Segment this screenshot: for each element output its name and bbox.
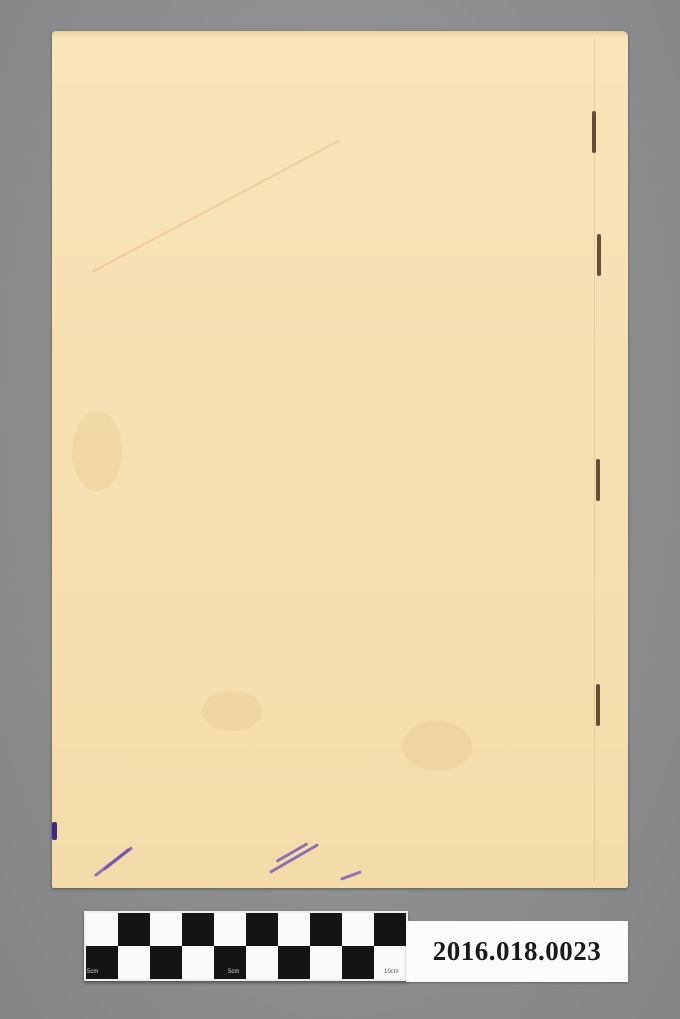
ink-mark <box>340 870 362 880</box>
staple-2 <box>597 234 601 276</box>
booklet-back-cover <box>52 31 628 888</box>
color-scale-bar <box>84 911 408 981</box>
paper-crease <box>92 140 340 273</box>
stain <box>202 691 262 731</box>
ink-mark <box>103 846 133 871</box>
scale-label: 5cm <box>87 969 98 975</box>
accession-number-label: 2016.018.0023 <box>406 921 628 982</box>
stain <box>72 411 122 491</box>
staple-1 <box>592 111 596 153</box>
spine-fold <box>594 37 595 882</box>
scale-label: 10cm <box>384 969 399 975</box>
scale-label: 5cm <box>228 969 239 975</box>
ink-mark-edge <box>52 822 57 840</box>
stain <box>402 721 472 771</box>
staple-4 <box>596 684 600 726</box>
staple-3 <box>596 459 600 501</box>
